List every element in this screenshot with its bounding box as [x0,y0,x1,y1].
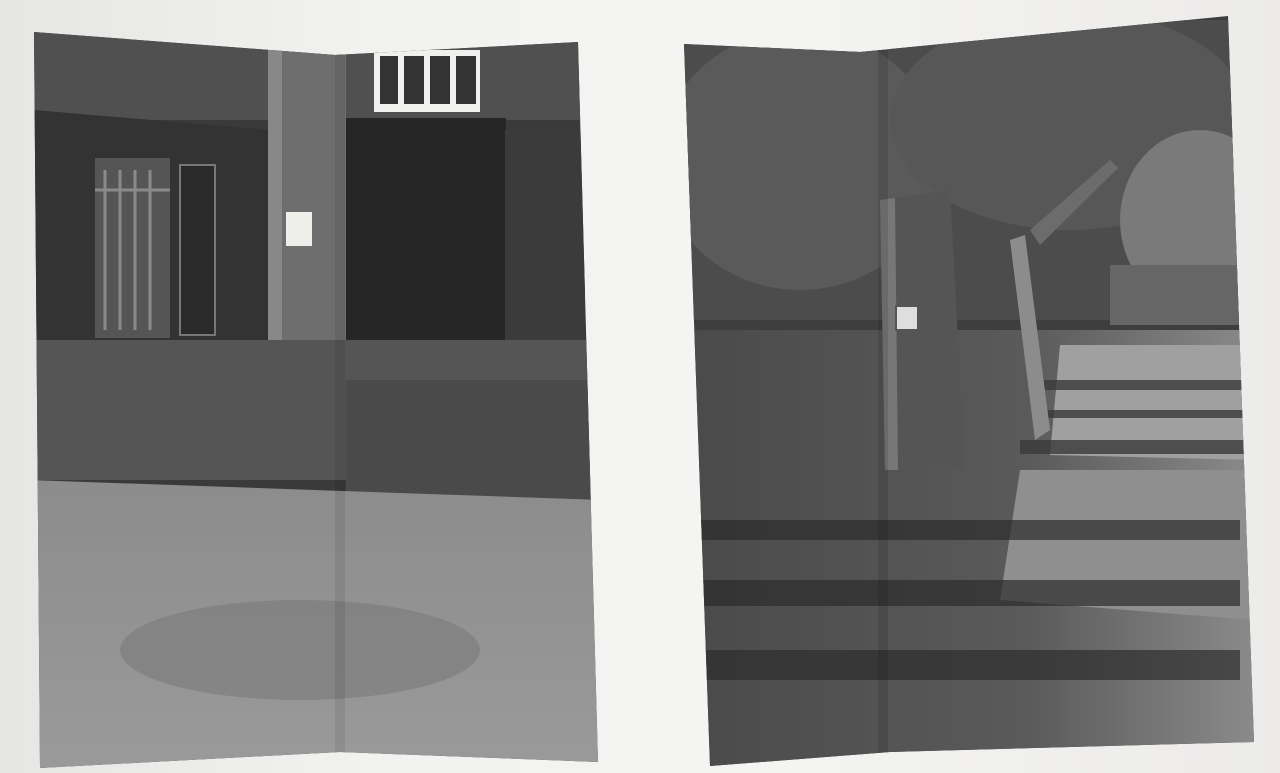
right-photo-illustration [640,0,1280,773]
left-photo-illustration [0,0,640,773]
tree-sign [896,306,918,330]
right-folded-photo [640,0,1280,773]
left-folded-photo [0,0,640,773]
